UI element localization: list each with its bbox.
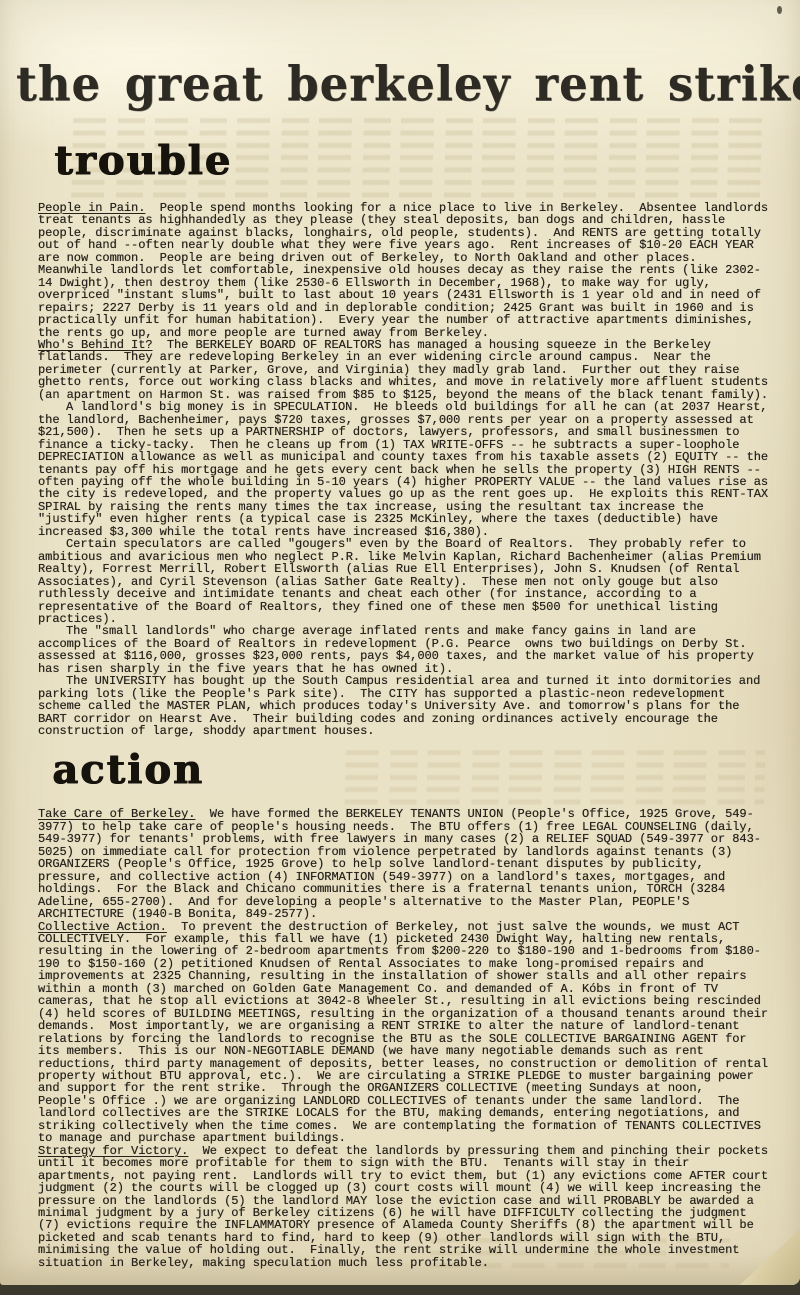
paragraph: Certain speculators are called "gougers"… xyxy=(38,538,773,625)
section-action: action Take Care of Berkeley. We have fo… xyxy=(38,747,773,1269)
scan-speck xyxy=(777,6,782,14)
paragraph: Take Care of Berkeley. We have formed th… xyxy=(38,808,773,920)
section-body-action: Take Care of Berkeley. We have formed th… xyxy=(38,808,773,1269)
flyer-content: the great berkeley rent strike trouble P… xyxy=(0,54,800,1269)
paragraph: Collective Action. To prevent the destru… xyxy=(38,921,773,1145)
paragraph: Who's Behind It? The BERKELEY BOARD OF R… xyxy=(38,339,773,401)
paragraph: A landlord's big money is in SPECULATION… xyxy=(38,401,773,538)
paragraph-lead: Strategy for Victory. xyxy=(38,1144,188,1158)
paragraph-lead: Collective Action. xyxy=(38,920,167,934)
page-title: the great berkeley rent strike xyxy=(16,54,773,115)
paragraph: The "small landlords" who charge average… xyxy=(38,625,773,675)
section-body-trouble: People in Pain. People spend months look… xyxy=(38,202,773,737)
paragraph: The UNIVERSITY has bought up the South C… xyxy=(38,675,773,737)
paragraph: Strategy for Victory. We expect to defea… xyxy=(38,1145,773,1270)
scan-background: { "page": { "title": "the great berkeley… xyxy=(0,0,800,1295)
flyer-page: the great berkeley rent strike trouble P… xyxy=(0,0,800,1285)
paragraph-lead: People in Pain. xyxy=(38,201,145,215)
paragraph-lead: Take Care of Berkeley. xyxy=(38,807,195,821)
section-heading-trouble: trouble xyxy=(54,138,773,184)
section-trouble: trouble People in Pain. People spend mon… xyxy=(38,138,773,737)
paragraph-lead: Who's Behind It? xyxy=(38,338,153,352)
section-heading-action: action xyxy=(52,747,773,793)
paragraph: People in Pain. People spend months look… xyxy=(38,202,773,339)
